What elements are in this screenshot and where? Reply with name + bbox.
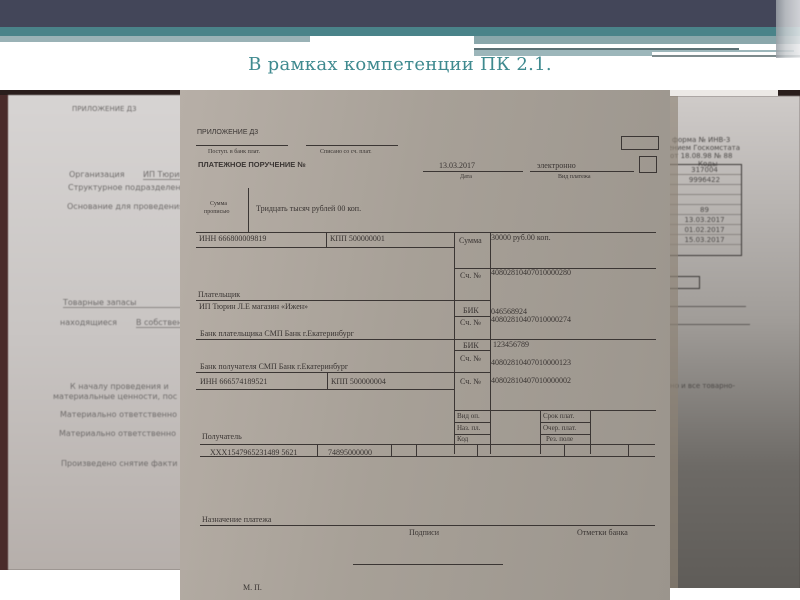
divider <box>590 410 591 454</box>
left-responsible-2: Материально ответственно <box>59 429 183 438</box>
header-band-teal <box>0 27 800 36</box>
row-line <box>454 350 490 351</box>
row-line <box>200 456 655 457</box>
left-basis-label: Основание для проведения <box>67 202 183 211</box>
divider <box>416 444 417 456</box>
recipient-account: 40802810407010000002 <box>491 376 571 386</box>
code-cell: 01.02.2017 <box>668 225 741 235</box>
left-located-value: В собственности <box>136 318 183 328</box>
amount-label: Сумма <box>459 236 482 246</box>
payer-label: Плательщик <box>198 290 240 300</box>
left-intro-line-1: К началу проведения и <box>70 382 183 391</box>
date-line <box>423 171 523 172</box>
received-line <box>196 145 288 146</box>
due-date-label: Срок плат. <box>543 412 574 421</box>
divider <box>540 410 541 454</box>
code-cell: 15.03.2017 <box>668 235 741 245</box>
payment-type-value: электронно <box>537 161 576 171</box>
slide-background <box>670 588 800 600</box>
code-cell: 89 <box>668 205 741 215</box>
recipient-label: Получатель <box>202 432 242 442</box>
row-line <box>196 339 656 340</box>
left-located-label: находящиеся <box>60 318 117 327</box>
right-rule <box>668 324 750 325</box>
form-code-box <box>621 136 659 150</box>
amount-in-words: Тридцать тысяч рублей 00 коп. <box>256 204 361 214</box>
payer-corr-account: 40802810407010000274 <box>491 315 571 325</box>
recipient-corr-label: Сч. № <box>460 354 481 364</box>
right-tail-text: но и все товарно- <box>670 382 735 390</box>
divider <box>391 444 392 456</box>
form-title: ПЛАТЕЖНОЕ ПОРУЧЕНИЕ № <box>198 160 306 170</box>
payer-name: ИП Тюрин Л.Е магазин «Ижен» <box>199 302 308 312</box>
stamp-label: М. П. <box>243 583 262 593</box>
payer-account: 40802810407010000280 <box>491 268 571 278</box>
left-organization-label: Организация <box>69 170 125 179</box>
debited-line <box>306 145 398 146</box>
left-appendix: ПРИЛОЖЕНИЕ Д3 <box>72 105 137 113</box>
left-removal: Произведено снятие факти <box>61 459 183 468</box>
debited-label: Списано со сч. плат. <box>320 147 372 157</box>
payment-type-label: Вид платежа <box>558 172 591 182</box>
payment-order-document: ПРИЛОЖЕНИЕ Д3 Поступ. в банк плат. Списа… <box>180 90 670 600</box>
divider <box>477 444 478 456</box>
row-line <box>196 300 490 301</box>
signature-line <box>353 564 503 565</box>
code-cell: 317004 <box>668 165 741 175</box>
date-label: Дата <box>460 172 472 182</box>
code-cell: 9996422 <box>668 175 741 185</box>
row-line <box>454 316 490 317</box>
received-label: Поступ. в банк плат. <box>208 147 260 157</box>
right-form-line-3: от 18.08.98 № 88 <box>670 152 732 160</box>
divider <box>564 444 565 456</box>
priority-label: Очер. плат. <box>543 424 576 433</box>
status-box <box>639 156 657 173</box>
left-organization-value: ИП Тюрин <box>143 170 183 180</box>
row-line <box>200 525 655 526</box>
divider <box>326 232 327 247</box>
divider <box>628 444 629 456</box>
code-cell <box>668 185 741 195</box>
recipient-corr-account: 40802810407010000123 <box>491 358 571 368</box>
date-value: 13.03.2017 <box>439 161 475 171</box>
payer-kpp: КПП 500000001 <box>330 234 385 244</box>
code-cell <box>668 195 741 205</box>
payer-corr-label: Сч. № <box>460 318 481 328</box>
slide-title: В рамках компетенции ПК 2.1. <box>0 54 800 75</box>
document-photo: ПРИЛОЖЕНИЕ Д3 Организация ИП Тюрин Струк… <box>0 90 800 600</box>
purpose-label: Назначение платежа <box>202 515 271 525</box>
right-form-line-1: форма № ИНВ-3 <box>672 136 730 144</box>
amount-value: 30000 руб.00 коп. <box>491 233 551 243</box>
code-cell: 13.03.2017 <box>668 215 741 225</box>
left-goods-label: Товарные запасы <box>63 298 183 308</box>
payer-inn: ИНН 666800009819 <box>199 234 266 244</box>
divider <box>327 372 328 389</box>
code-label: Код <box>457 435 468 444</box>
right-codes-table: 317004 9996422 89 13.03.2017 01.02.2017 … <box>668 164 742 256</box>
left-intro-line-2: материальные ценности, пос <box>53 392 183 401</box>
bank-marks-label: Отметки банка <box>577 528 628 538</box>
header-decor <box>474 36 800 44</box>
header-band-dark <box>0 0 800 27</box>
signatures-label: Подписи <box>409 528 439 538</box>
recipient-inn: ИНН 666574189521 <box>200 377 267 387</box>
amount-words-label: прописью <box>204 207 230 217</box>
appendix-label: ПРИЛОЖЕНИЕ Д3 <box>197 128 258 138</box>
right-form-line-2: ением Госкомстата <box>668 144 740 152</box>
recipient-bik: 123456789 <box>493 340 529 350</box>
recipient-account-label: Сч. № <box>460 377 481 387</box>
reserve-label: Рез. поле <box>546 435 573 444</box>
divider <box>454 232 455 454</box>
row-line <box>196 372 490 373</box>
payer-bank: Банк плательщика СМП Банк г.Екатеринбург <box>200 329 354 339</box>
row-line <box>200 444 655 445</box>
right-rule <box>668 306 746 307</box>
left-department-label: Структурное подразделение <box>68 183 183 192</box>
row-line <box>196 232 656 233</box>
divider <box>248 188 249 232</box>
left-responsible-1: Материально ответственно <box>60 410 183 419</box>
row-line <box>454 410 656 411</box>
purpose-code-label: Наз. пл. <box>457 424 480 433</box>
divider <box>317 444 318 456</box>
code-cell <box>668 245 741 255</box>
divider <box>490 232 491 454</box>
slide-background <box>0 570 180 600</box>
payer-account-label: Сч. № <box>460 271 481 281</box>
header-band-grey <box>0 36 310 42</box>
slide-background <box>670 90 778 96</box>
row-line <box>454 422 490 423</box>
row-line <box>196 389 454 390</box>
inventory-document-left: ПРИЛОЖЕНИЕ Д3 Организация ИП Тюрин Струк… <box>8 95 183 570</box>
payer-bik-label: БИК <box>463 306 479 316</box>
row-line <box>196 247 454 248</box>
recipient-kpp: КПП 500000004 <box>331 377 386 387</box>
inventory-document-right: форма № ИНВ-3 ением Госкомстата от 18.08… <box>668 96 800 591</box>
row-line <box>540 422 590 423</box>
recipient-bank: Банк получателя СМП Банк г.Екатеринбург <box>200 362 348 372</box>
header-decor-edge <box>776 0 800 58</box>
op-type-label: Вид оп. <box>457 412 480 421</box>
